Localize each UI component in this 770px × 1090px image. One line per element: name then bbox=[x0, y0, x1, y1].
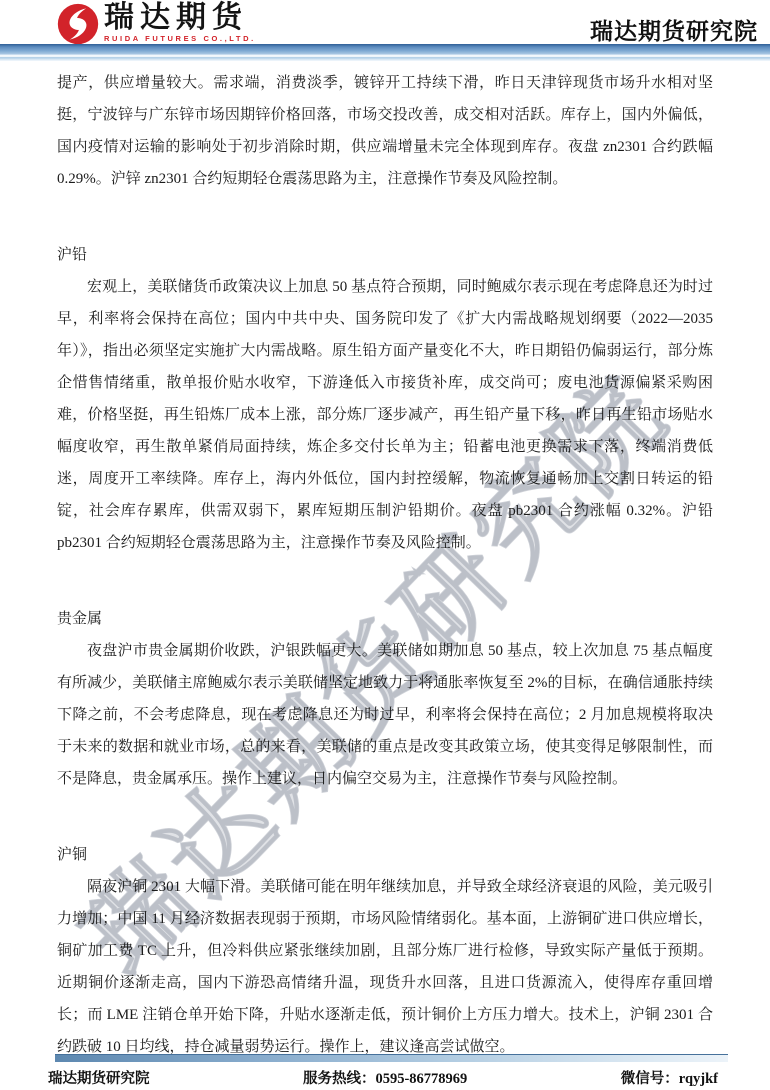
logo: 瑞达期货 RUIDA FUTURES CO.,LTD. bbox=[56, 2, 256, 46]
header-title: 瑞达期货研究院 bbox=[590, 13, 758, 46]
footer-divider-bar bbox=[55, 1054, 728, 1062]
brand-subtitle: RUIDA FUTURES CO.,LTD. bbox=[104, 34, 256, 43]
section-heading: 沪铅 bbox=[57, 239, 713, 271]
section-heading: 沪铜 bbox=[57, 839, 713, 871]
paragraph: 夜盘沪市贵金属期价收跌，沪银跌幅更大。美联储如期加息 50 基点，较上次加息 7… bbox=[57, 635, 713, 795]
ruida-logo-icon bbox=[56, 2, 100, 46]
document-page: 瑞达期货 RUIDA FUTURES CO.,LTD. 瑞达期货研究院 瑞达期货… bbox=[0, 0, 770, 1090]
header: 瑞达期货 RUIDA FUTURES CO.,LTD. 瑞达期货研究院 bbox=[0, 0, 770, 44]
section-heading: 贵金属 bbox=[57, 603, 713, 635]
footer-hotline: 服务热线：0595-86778969 bbox=[303, 1067, 467, 1088]
paragraph: 宏观上，美联储货币政策决议上加息 50 基点符合预期，同时鲍威尔表示现在考虑降息… bbox=[57, 271, 713, 559]
paragraph: 提产，供应增量较大。需求端，消费淡季，镀锌开工持续下滑，昨日天津锌现货市场升水相… bbox=[57, 67, 713, 195]
footer-wechat: 微信号：rqyjkf bbox=[621, 1067, 718, 1088]
logo-text: 瑞达期货 RUIDA FUTURES CO.,LTD. bbox=[104, 2, 256, 43]
paragraph: 隔夜沪铜 2301 大幅下滑。美联储可能在明年继续加息，并导致全球经济衰退的风险… bbox=[57, 871, 713, 1063]
footer: 瑞达期货研究院 服务热线：0595-86778969 微信号：rqyjkf bbox=[0, 1054, 770, 1090]
footer-org: 瑞达期货研究院 bbox=[48, 1067, 150, 1088]
header-divider-bar bbox=[0, 44, 770, 61]
footer-row: 瑞达期货研究院 服务热线：0595-86778969 微信号：rqyjkf bbox=[0, 1062, 770, 1088]
brand-name: 瑞达期货 bbox=[104, 2, 256, 34]
document-body: 提产，供应增量较大。需求端，消费淡季，镀锌开工持续下滑，昨日天津锌现货市场升水相… bbox=[57, 67, 713, 1063]
